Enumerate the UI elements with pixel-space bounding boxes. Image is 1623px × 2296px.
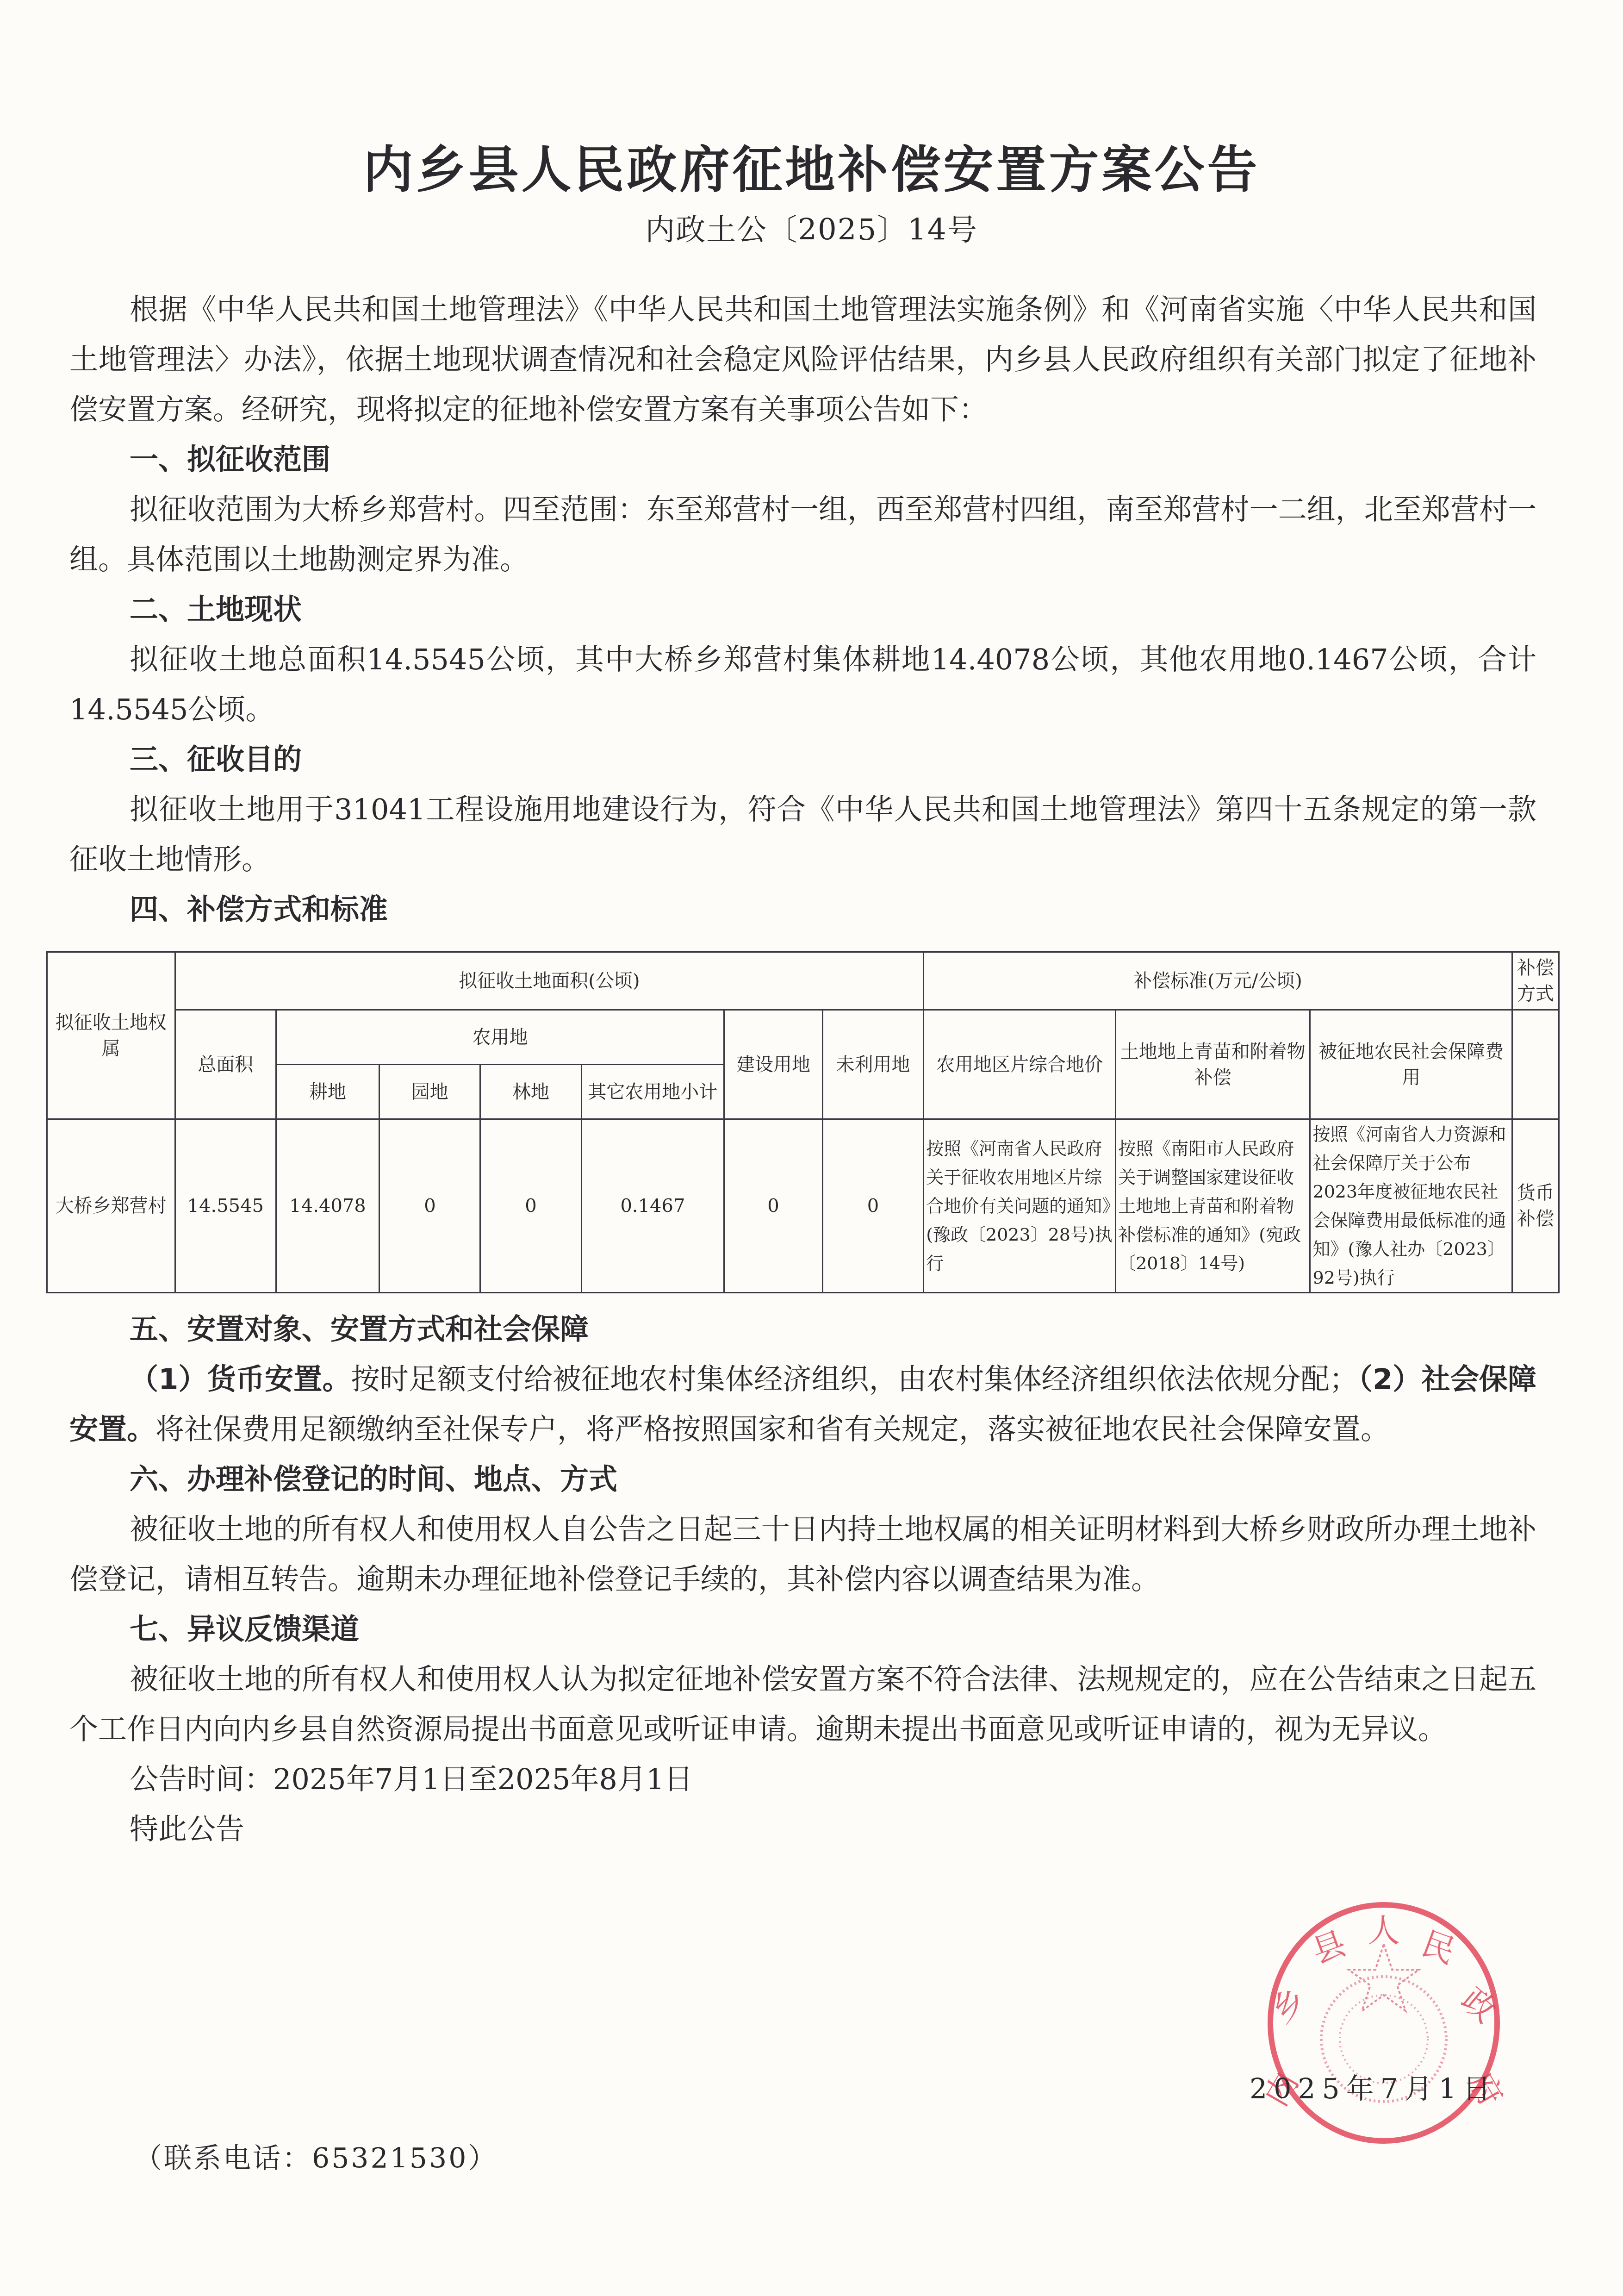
- header-method-empty: [1512, 1010, 1559, 1119]
- section-5-text: （1）货币安置。按时足额支付给被征地农村集体经济组织，由农村集体经济组织依法依规…: [69, 1354, 1536, 1454]
- lower-body: 五、安置对象、安置方式和社会保障 （1）货币安置。按时足额支付给被征地农村集体经…: [69, 1304, 1536, 1854]
- table-row: 大桥乡郑营村 14.5545 14.4078 0 0 0.1467 0 0 按照…: [47, 1119, 1559, 1293]
- cell-arable: 14.4078: [276, 1119, 379, 1293]
- header-crops: 土地地上青苗和附着物补偿: [1116, 1010, 1310, 1119]
- header-forest: 林地: [480, 1065, 581, 1119]
- cell-construction: 0: [724, 1119, 823, 1293]
- intro-paragraph: 根据《中华人民共和国土地管理法》《中华人民共和国土地管理法实施条例》和《河南省实…: [69, 285, 1536, 435]
- section-7-heading: 七、异议反馈渠道: [69, 1604, 1536, 1654]
- notice-page: 内乡县人民政府征地补偿安置方案公告 内政土公〔2025〕14号 根据《中华人民共…: [0, 0, 1623, 2296]
- section-2-text: 拟征收土地总面积14.5545公顷，其中大桥乡郑营村集体耕地14.4078公顷，…: [69, 635, 1536, 735]
- cell-garden: 0: [379, 1119, 480, 1293]
- upper-body: 根据《中华人民共和国土地管理法》《中华人民共和国土地管理法实施条例》和《河南省实…: [69, 285, 1536, 935]
- cell-forest: 0: [480, 1119, 581, 1293]
- cell-total-area: 14.5545: [175, 1119, 276, 1293]
- header-arable: 耕地: [276, 1065, 379, 1119]
- header-agri-group: 农用地: [276, 1010, 724, 1065]
- section-5-item1-label: （1）货币安置。: [130, 1362, 351, 1396]
- section-7-text: 被征收土地的所有权人和使用权人认为拟定征地补偿安置方案不符合法律、法规规定的，应…: [69, 1654, 1536, 1754]
- header-total-area: 总面积: [175, 1010, 276, 1119]
- header-ownership: 拟征收土地权属: [47, 952, 175, 1119]
- header-social-security: 被征地农民社会保障费用: [1310, 1010, 1512, 1119]
- section-6-text: 被征收土地的所有权人和使用权人自公告之日起三十日内持土地权属的相关证明材料到大桥…: [69, 1504, 1536, 1604]
- section-1-heading: 一、拟征收范围: [69, 435, 1536, 485]
- document-number: 内政土公〔2025〕14号: [0, 206, 1623, 249]
- document-title: 内乡县人民政府征地补偿安置方案公告: [0, 130, 1623, 201]
- section-3-heading: 三、征收目的: [69, 735, 1536, 785]
- cell-ownership: 大桥乡郑营村: [47, 1119, 175, 1293]
- header-method: 补偿方式: [1512, 952, 1559, 1010]
- cell-social-security: 按照《河南省人力资源和社会保障厅关于公布2023年度被征地农民社会保障费用最低标…: [1310, 1119, 1512, 1293]
- section-4-heading: 四、补偿方式和标准: [69, 885, 1536, 935]
- section-5-item1-text: 按时足额支付给被征地农村集体经济组织，由农村集体经济组织依法依规分配；: [351, 1362, 1358, 1396]
- closing-text: 特此公告: [69, 1804, 1536, 1854]
- signature-date: 2025年7月1日: [1250, 2067, 1497, 2107]
- section-5-heading: 五、安置对象、安置方式和社会保障: [69, 1304, 1536, 1354]
- section-5-item2-text: 将社保费用足额缴纳至社保专户，将严格按照国家和省有关规定，落实被征地农民社会保障…: [155, 1412, 1389, 1446]
- header-garden: 园地: [379, 1065, 480, 1119]
- header-standard-group: 补偿标准(万元/公顷): [924, 952, 1512, 1010]
- header-area-group: 拟征收土地面积(公顷): [175, 952, 923, 1010]
- header-unused: 未利用地: [822, 1010, 923, 1119]
- notice-period: 公告时间：2025年7月1日至2025年8月1日: [69, 1754, 1536, 1804]
- section-1-text: 拟征收范围为大桥乡郑营村。四至范围：东至郑营村一组，西至郑营村四组，南至郑营村一…: [69, 485, 1536, 585]
- header-construction: 建设用地: [724, 1010, 823, 1119]
- cell-method: 货币补偿: [1512, 1119, 1559, 1293]
- header-land-price: 农用地区片综合地价: [924, 1010, 1116, 1119]
- cell-land-price: 按照《河南省人民政府关于征收农用地区片综合地价有关问题的通知》(豫政〔2023〕…: [924, 1119, 1116, 1293]
- svg-text:人: 人: [1368, 1912, 1400, 1950]
- cell-other-agri: 0.1467: [581, 1119, 724, 1293]
- cell-unused: 0: [822, 1119, 923, 1293]
- header-other-agri: 其它农用地小计: [581, 1065, 724, 1119]
- compensation-table: 拟征收土地权属 拟征收土地面积(公顷) 补偿标准(万元/公顷) 补偿方式 总面积…: [46, 951, 1560, 1293]
- section-6-heading: 六、办理补偿登记的时间、地点、方式: [69, 1454, 1536, 1504]
- section-3-text: 拟征收土地用于31041工程设施用地建设行为，符合《中华人民共和国土地管理法》第…: [69, 785, 1536, 885]
- contact-phone: （联系电话：65321530）: [134, 2136, 497, 2176]
- official-seal-icon: 内 乡 县 人 民 政 府: [1263, 1900, 1504, 2146]
- cell-crops: 按照《南阳市人民政府关于调整国家建设征收土地地上青苗和附着物补偿标准的通知》(宛…: [1116, 1119, 1310, 1293]
- section-2-heading: 二、土地现状: [69, 585, 1536, 635]
